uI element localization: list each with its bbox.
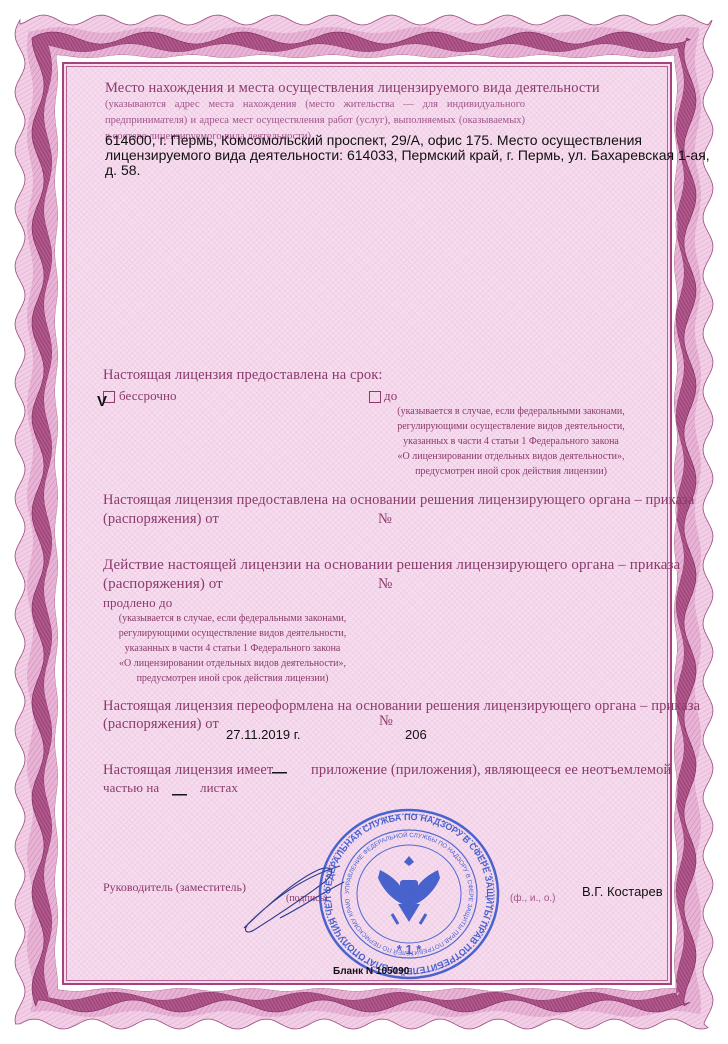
- indefinite-label: бессрочно: [119, 388, 177, 404]
- fio-caption: (ф., и., о.): [510, 893, 555, 904]
- until-checkbox[interactable]: [369, 391, 381, 403]
- location-value-line-3: д. 58.: [105, 162, 140, 178]
- reissued-number-value: 206: [405, 727, 427, 742]
- location-value-line-1: 614600, г. Пермь, Комсомольский проспект…: [105, 132, 642, 148]
- svg-text:* 1 *: * 1 *: [397, 942, 423, 957]
- license-page: Место нахождения и места осуществления л…: [0, 0, 728, 1044]
- extended-line-1: Действие настоящей лицензии на основании…: [103, 557, 648, 574]
- appendix-line-1-end: приложение (приложения), являющееся ее н…: [311, 762, 648, 779]
- appendix-line-2-end: листах: [200, 780, 238, 796]
- extended-note: (указывается в случае, если федеральными…: [100, 611, 365, 686]
- role-label: Руководитель (заместитель): [103, 880, 246, 895]
- appendix-sheets-value: —: [172, 786, 187, 803]
- granted-line-1: Настоящая лицензия предоставлена на осно…: [103, 492, 648, 509]
- coat-of-arms-icon: [378, 856, 440, 924]
- official-stamp: ФЕДЕРАЛЬНАЯ СЛУЖБА ПО НАДЗОРУ В СФЕРЕ ЗА…: [318, 808, 500, 980]
- extended-line-2: (распоряжения) от: [103, 576, 223, 593]
- term-heading: Настоящая лицензия предоставлена на срок…: [103, 367, 382, 384]
- granted-line-2: (распоряжения) от: [103, 511, 219, 528]
- until-note: (указывается в случае, если федеральными…: [380, 404, 642, 479]
- checkmark-icon: V: [97, 393, 107, 410]
- extended-until-label: продлено до: [103, 595, 172, 611]
- until-label: до: [384, 388, 397, 404]
- reissued-line-1: Настоящая лицензия переоформлена на осно…: [103, 698, 648, 715]
- extended-number-label: №: [378, 576, 392, 593]
- appendix-line-1-start: Настоящая лицензия имеет: [103, 762, 273, 779]
- location-heading: Место нахождения и места осуществления л…: [105, 80, 525, 97]
- reissued-date-value: 27.11.2019 г.: [226, 727, 300, 742]
- location-note-line-1: (указываются адрес места нахождения (мес…: [105, 99, 525, 110]
- appendix-count-value: —: [272, 764, 287, 781]
- granted-number-label: №: [378, 511, 392, 528]
- appendix-line-2-start: частью на: [103, 780, 159, 796]
- reissued-line-2: (распоряжения) от: [103, 716, 219, 733]
- location-value-line-2: лицензируемого вида деятельности: 614033…: [105, 147, 710, 163]
- location-note-line-2: предпринимателя) и адреса мест осуществл…: [105, 115, 525, 126]
- blank-number: Бланк N 105090: [333, 966, 409, 977]
- reissued-number-label: №: [379, 713, 393, 730]
- signer-name-value: В.Г. Костарев: [582, 884, 663, 899]
